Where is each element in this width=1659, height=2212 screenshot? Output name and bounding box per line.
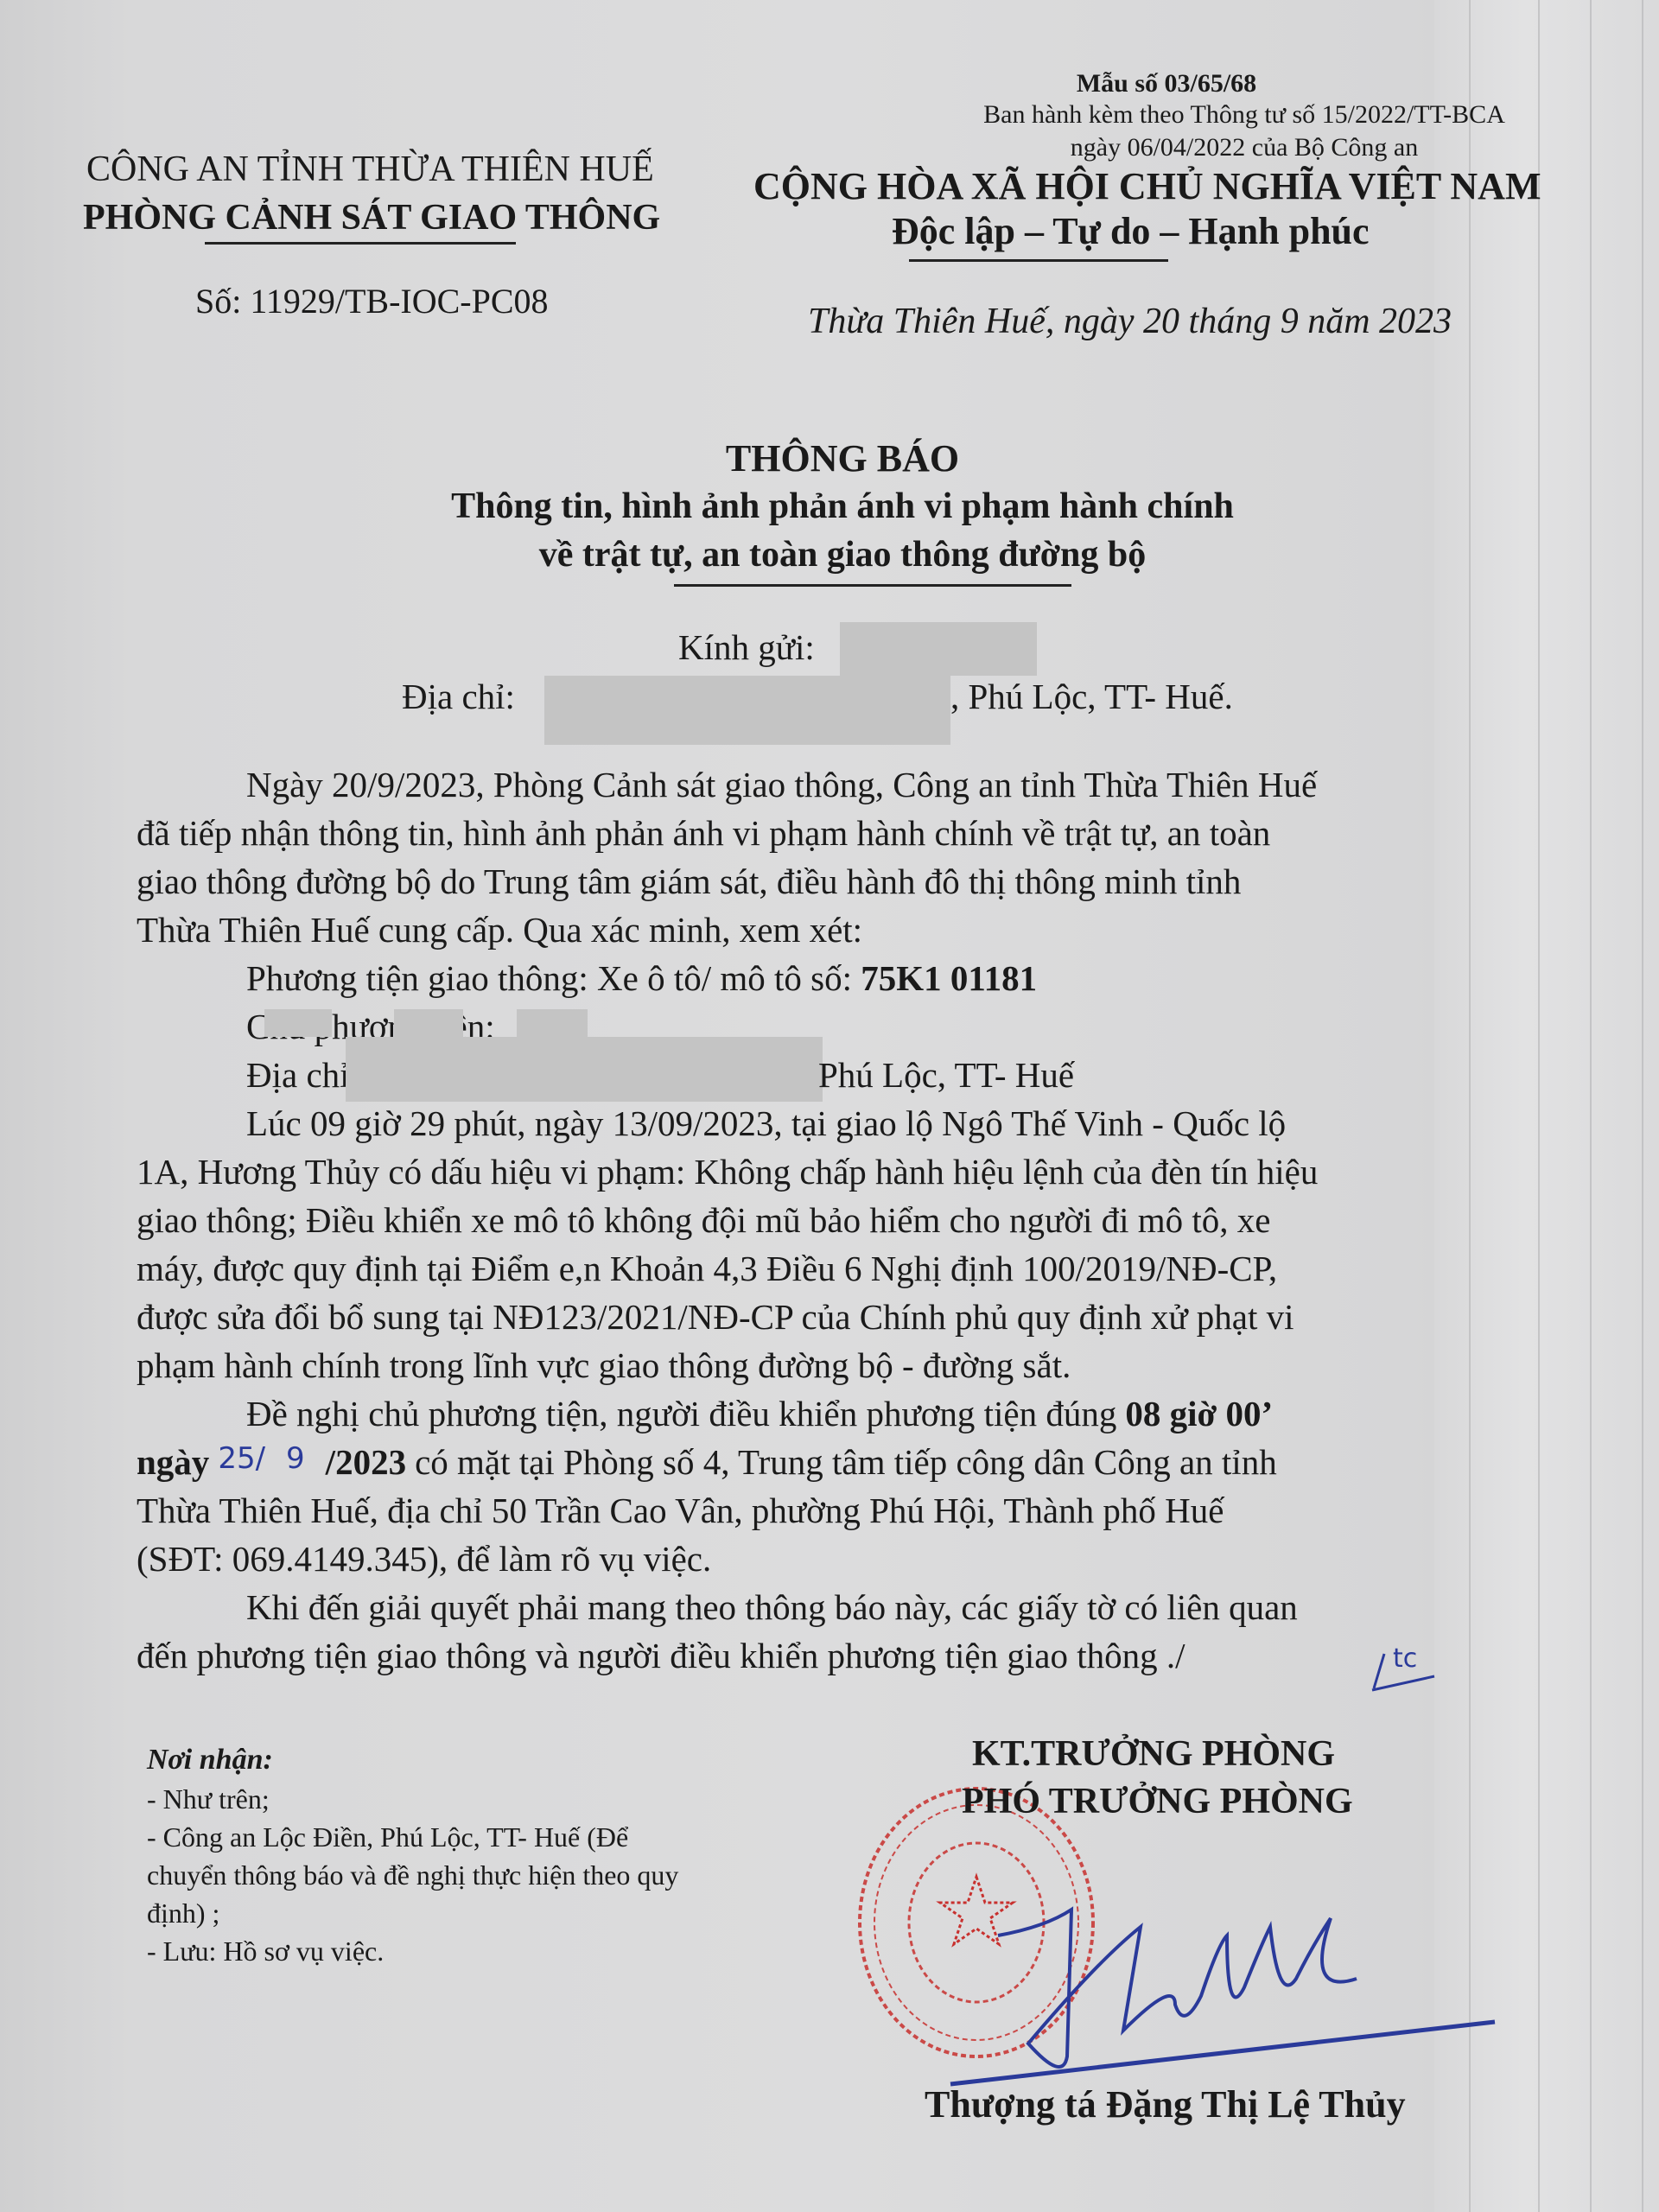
initials-stroke-icon xyxy=(1365,1642,1443,1694)
national-motto: Độc lập – Tự do – Hạnh phúc xyxy=(892,209,1370,253)
paragraph-line: máy, được quy định tại Điểm e,n Khoản 4,… xyxy=(137,1248,1541,1289)
department-underline xyxy=(205,242,516,245)
redacted-recipient xyxy=(840,622,1037,676)
recipients-item: - Như trên; xyxy=(147,1783,270,1815)
owner-address-suffix: Phú Lộc, TT- Huế xyxy=(818,1054,1074,1096)
vehicle-label: Phương tiện giao thông: Xe ô tô/ mô tô s… xyxy=(246,958,852,998)
form-note: ngày 06/04/2022 của Bộ Công an xyxy=(933,133,1555,162)
paragraph-line: giao thông đường bộ do Trung tâm giám sá… xyxy=(137,861,1541,902)
paragraph-line: Ngày 20/9/2023, Phòng Cảnh sát giao thôn… xyxy=(246,764,1541,805)
signature-title: PHÓ TRƯỞNG PHÒNG xyxy=(962,1781,1353,1822)
recipients-heading: Nơi nhận: xyxy=(147,1744,273,1777)
paragraph-line: Khi đến giải quyết phải mang theo thông … xyxy=(246,1586,1541,1628)
form-number: Mẫu số 03/65/68 xyxy=(1046,69,1287,99)
notice-subtitle: về trật tự, an toàn giao thông đường bộ xyxy=(0,534,1659,575)
paragraph-line: Thừa Thiên Huế, địa chỉ 50 Trần Cao Vân,… xyxy=(137,1490,1541,1531)
license-plate: 75K1 01181 xyxy=(861,958,1037,998)
handwritten-day: 25/ xyxy=(218,1441,265,1483)
paragraph-line: Lúc 09 giờ 29 phút, ngày 13/09/2023, tại… xyxy=(246,1103,1541,1144)
recipient-label: Kính gửi: xyxy=(678,626,815,668)
edge-line xyxy=(1642,0,1643,2212)
redacted-owner-name xyxy=(394,1009,463,1037)
paragraph-line: ngày 25/ 9 /2023 có mặt tại Phòng số 4, … xyxy=(137,1441,1541,1483)
handwritten-month: 9 xyxy=(286,1441,305,1483)
appointment-time: 08 giờ 00’ xyxy=(1125,1393,1273,1434)
signer-name: Thượng tá Đặng Thị Lệ Thủy xyxy=(925,2082,1406,2126)
title-underline xyxy=(674,584,1071,587)
recipients-item: - Công an Lộc Điền, Phú Lộc, TT- Huế (Để xyxy=(147,1821,628,1853)
form-note: Ban hành kèm theo Thông tư số 15/2022/TT… xyxy=(933,100,1555,130)
recipients-item: chuyển thông báo và đề nghị thực hiện th… xyxy=(147,1859,678,1891)
motto-underline xyxy=(909,259,1168,262)
paragraph-line: 1A, Hương Thủy có dấu hiệu vi phạm: Khôn… xyxy=(137,1151,1541,1192)
address-suffix: , Phú Lộc, TT- Huế. xyxy=(950,676,1233,717)
handwritten-signature-icon xyxy=(899,1858,1503,2100)
country-name: CỘNG HÒA XÃ HỘI CHỦ NGHĨA VIỆT NAM xyxy=(753,164,1541,208)
notice-subtitle: Thông tin, hình ảnh phản ánh vi phạm hàn… xyxy=(0,486,1659,527)
paragraph-line: giao thông; Điều khiển xe mô tô không độ… xyxy=(137,1199,1541,1241)
paragraph-line: (SĐT: 069.4149.345), để làm rõ vụ việc. xyxy=(137,1538,1541,1580)
paragraph-line: phạm hành chính trong lĩnh vực giao thôn… xyxy=(137,1344,1541,1386)
document-number: Số: 11929/TB-IOC-PC08 xyxy=(195,281,549,321)
agency-name: CÔNG AN TỈNH THỪA THIÊN HUẾ xyxy=(86,149,654,190)
paragraph-line: đến phương tiện giao thông và người điều… xyxy=(137,1635,1541,1676)
place-date: Thừa Thiên Huế, ngày 20 tháng 9 năm 2023 xyxy=(808,301,1452,342)
vehicle-line: Phương tiện giao thông: Xe ô tô/ mô tô s… xyxy=(246,957,1037,999)
paragraph-line: Thừa Thiên Huế cung cấp. Qua xác minh, x… xyxy=(137,909,1541,950)
signature-title: KT.TRƯỞNG PHÒNG xyxy=(972,1733,1335,1775)
recipients-item: - Lưu: Hồ sơ vụ việc. xyxy=(147,1935,384,1967)
appointment-year: /2023 xyxy=(326,1441,406,1483)
redacted-address xyxy=(544,676,950,745)
paragraph-line: đã tiếp nhận thông tin, hình ảnh phản án… xyxy=(137,812,1541,854)
edge-line xyxy=(1590,0,1592,2212)
department-name: PHÒNG CẢNH SÁT GIAO THÔNG xyxy=(83,197,660,238)
address-label: Địa chỉ: xyxy=(402,676,515,717)
notice-title: THÔNG BÁO xyxy=(0,436,1659,480)
recipients-item: định) ; xyxy=(147,1897,219,1929)
paragraph-line: Đề nghị chủ phương tiện, người điều khiể… xyxy=(246,1393,1541,1434)
redacted-owner xyxy=(264,1009,332,1037)
paragraph-line: được sửa đổi bổ sung tại NĐ123/2021/NĐ-C… xyxy=(137,1296,1541,1338)
redacted-owner-address xyxy=(346,1037,823,1102)
redacted-owner-name xyxy=(517,1009,588,1037)
